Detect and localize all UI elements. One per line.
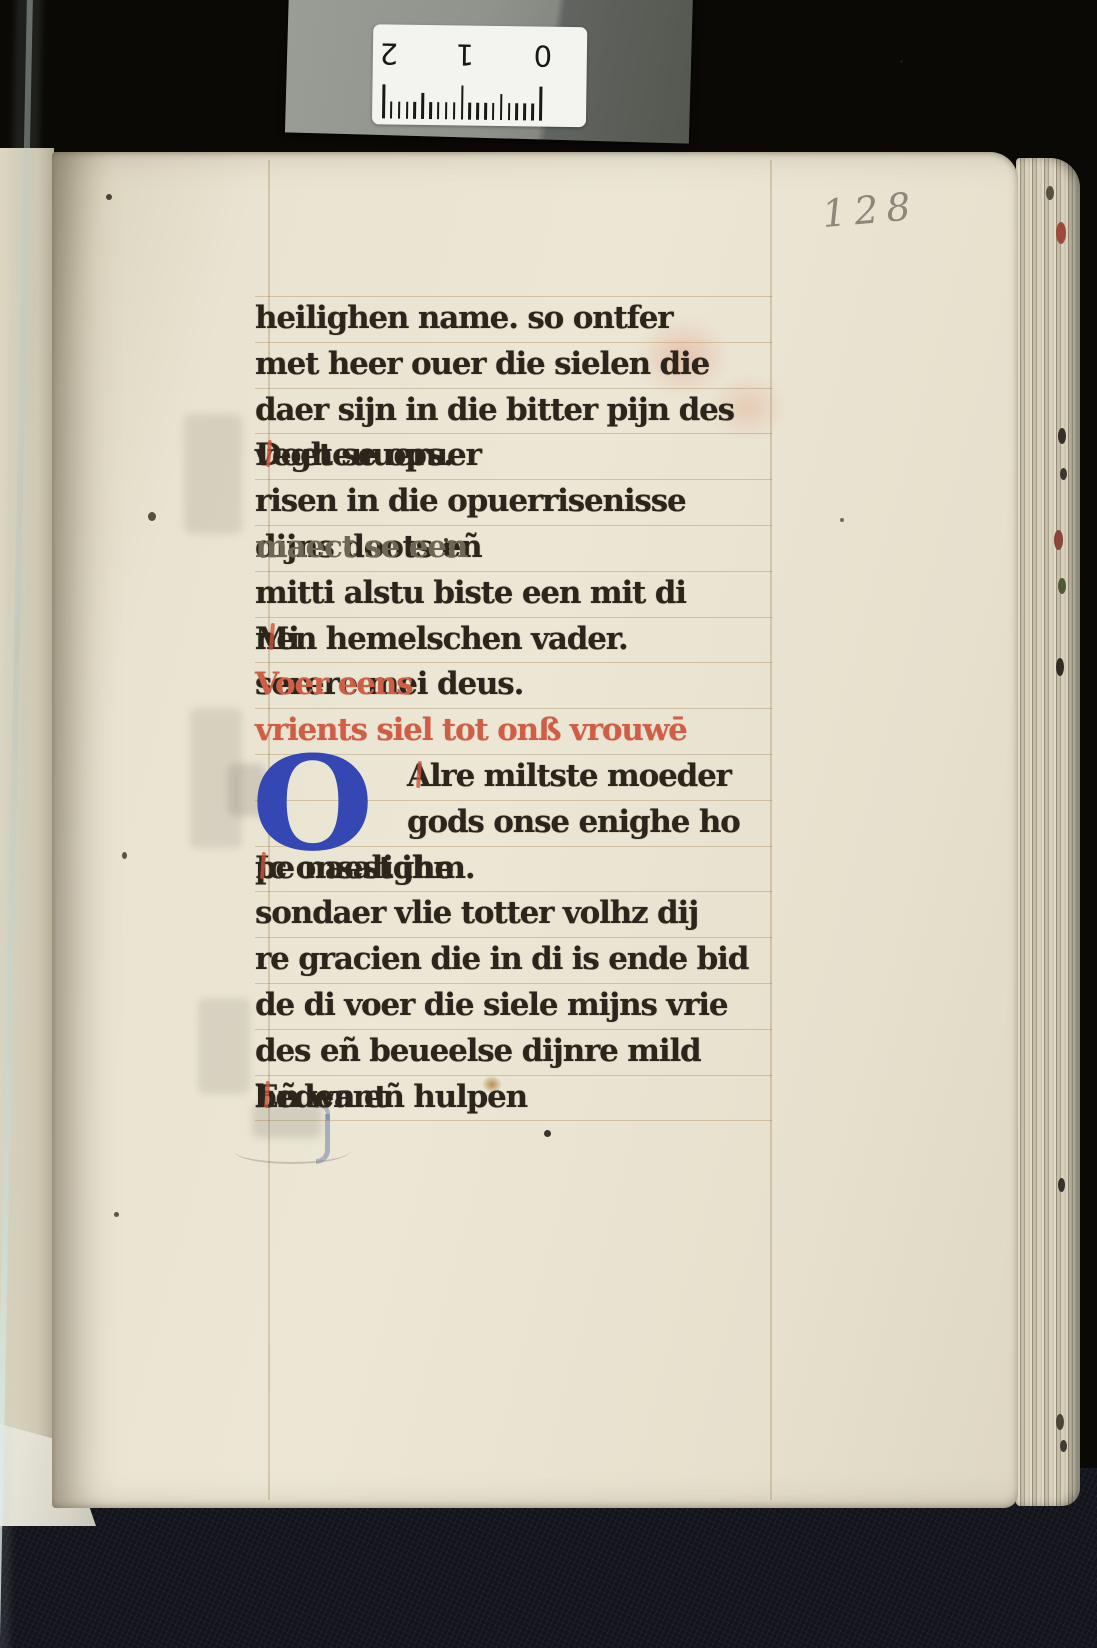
ruler-tick: [390, 101, 393, 118]
manuscript-text-segment: met heer ouer die sielen die: [255, 342, 709, 388]
manuscript-text-segment: mitti alstu biste een mit di: [255, 571, 686, 617]
edge-decoration-fleck: [1058, 428, 1066, 444]
ruler-tick: [515, 103, 518, 120]
ruling-line-horizontal: [255, 1120, 772, 1121]
illuminated-initial-O: O: [251, 748, 373, 860]
edge-decoration-fleck: [1056, 658, 1064, 676]
manuscript-text-segment: ñ want: [277, 1075, 387, 1121]
manuscript-text-segment: daer sijn in die bitter pijn des: [255, 388, 734, 434]
scale-card: 2 1 0: [285, 0, 693, 144]
manuscript-text-segment: E: [255, 1079, 277, 1115]
ruler-tick: [523, 103, 526, 120]
edge-decoration-fleck: [1058, 1178, 1065, 1192]
manuscript-text-segment: A: [407, 758, 430, 794]
manuscript-text-segment: D: [255, 437, 281, 473]
ruler-tick: [508, 103, 511, 120]
ruler-tick: [492, 103, 495, 120]
edge-decoration-fleck: [1060, 1440, 1067, 1452]
manuscript-text-segment: M: [255, 621, 288, 657]
manuscript-text-segment: des eñ beueelse dijnre mild: [255, 1029, 701, 1075]
ruler-tick: [398, 102, 401, 119]
fore-edge-page-stack: [1016, 158, 1080, 1506]
ruler-tick: [500, 94, 503, 120]
manuscript-text-segment: gods onse enighe ho: [407, 800, 740, 846]
manuscript-line: de di voer die siele mijns vrie: [255, 983, 775, 1029]
ruler-tick: [531, 103, 534, 120]
photograph-of-manuscript: 128 heilighen name. so ontfermet heer ou…: [0, 0, 1097, 1648]
manuscript-line: risen in die opuerrisenisse: [255, 479, 775, 525]
manuscript-line: serere mei deus. Voer eens: [255, 662, 775, 708]
manuscript-text-segment: heilighen name. so ontfer: [255, 296, 672, 342]
dust-speck: [900, 60, 903, 63]
ruler-tick: [539, 87, 542, 121]
manuscript-line: heilighen name. so ontfer: [255, 296, 775, 342]
ruler-tick: [468, 103, 471, 120]
ruler-tick: [445, 102, 448, 119]
manuscript-text-segment: nen hemelschen vader.: [255, 617, 628, 663]
manuscript-page: 128 heilighen name. so ontfermet heer ou…: [52, 152, 1018, 1508]
edge-decoration-fleck: [1056, 222, 1066, 244]
manuscript-line: des eñ beueelse dijnre mild: [255, 1029, 775, 1075]
manuscript-line: dijns doots eñ maect se een: [255, 525, 775, 571]
text-show-through: [198, 998, 250, 1094]
manuscript-line: daer sijn in die bitter pijn des: [255, 388, 775, 434]
ruler-tick: [421, 93, 424, 119]
stain: [106, 194, 112, 200]
stain: [122, 852, 127, 859]
manuscript-text-segment: sondaer vlie totter volhz dij: [255, 891, 698, 937]
manuscript-line: vegheuuers. Doet se opuer: [255, 433, 775, 479]
manuscript-line: mitti alstu biste een mit di: [255, 571, 775, 617]
stain: [544, 1130, 551, 1137]
ruler-tick: [429, 102, 432, 119]
ruler-tick: [476, 103, 479, 120]
edge-decoration-fleck: [1058, 578, 1066, 594]
ruler-tick: [484, 103, 487, 120]
ruler-tick: [382, 84, 385, 118]
manuscript-text-segment: Voer eens: [255, 662, 412, 708]
text-show-through: [184, 414, 242, 534]
manuscript-text-segment: i: [288, 617, 299, 663]
ruler-label: 2 1 0: [372, 24, 587, 127]
manuscript-text-segment: oet se opuer: [281, 433, 481, 479]
manuscript-line: nen hemelschen vader. Mi: [255, 617, 775, 663]
manuscript-line: beden eñ hulpen Eñ want: [255, 1075, 775, 1121]
edge-pencil-mark: [1046, 186, 1054, 200]
manuscript-line: met heer ouer die sielen die: [255, 342, 775, 388]
ruler-ticks: [372, 24, 587, 127]
manuscript-line: sondaer vlie totter volhz dij: [255, 891, 775, 937]
ruler-tick: [406, 102, 409, 119]
manuscript-text-segment: maect se een: [255, 525, 467, 571]
manuscript-text-segment: re gracien die in di is ende bid: [255, 937, 748, 983]
ruler-tick: [453, 102, 456, 119]
manuscript-text-segment: de di voer die siele mijns vrie: [255, 983, 727, 1029]
edge-decoration-fleck: [1060, 468, 1067, 480]
manuscript-text-segment: risen in die opuerrisenisse: [255, 479, 685, 525]
stain: [840, 518, 844, 522]
edge-decoration-fleck: [1054, 530, 1063, 550]
text-block: heilighen name. so ontfermet heer ouer d…: [255, 296, 775, 1120]
faint-impression-arc: [234, 1138, 350, 1164]
folio-number: 128: [820, 184, 920, 236]
stain: [148, 512, 156, 521]
manuscript-line: re gracien die in di is ende bid: [255, 937, 775, 983]
stain: [114, 1212, 119, 1217]
ruler-tick: [437, 102, 440, 119]
ruler-tick: [413, 102, 416, 119]
manuscript-text-segment: lre miltste moeder: [430, 754, 731, 800]
ruler-tick: [461, 85, 464, 119]
edge-decoration-fleck: [1056, 1414, 1064, 1430]
